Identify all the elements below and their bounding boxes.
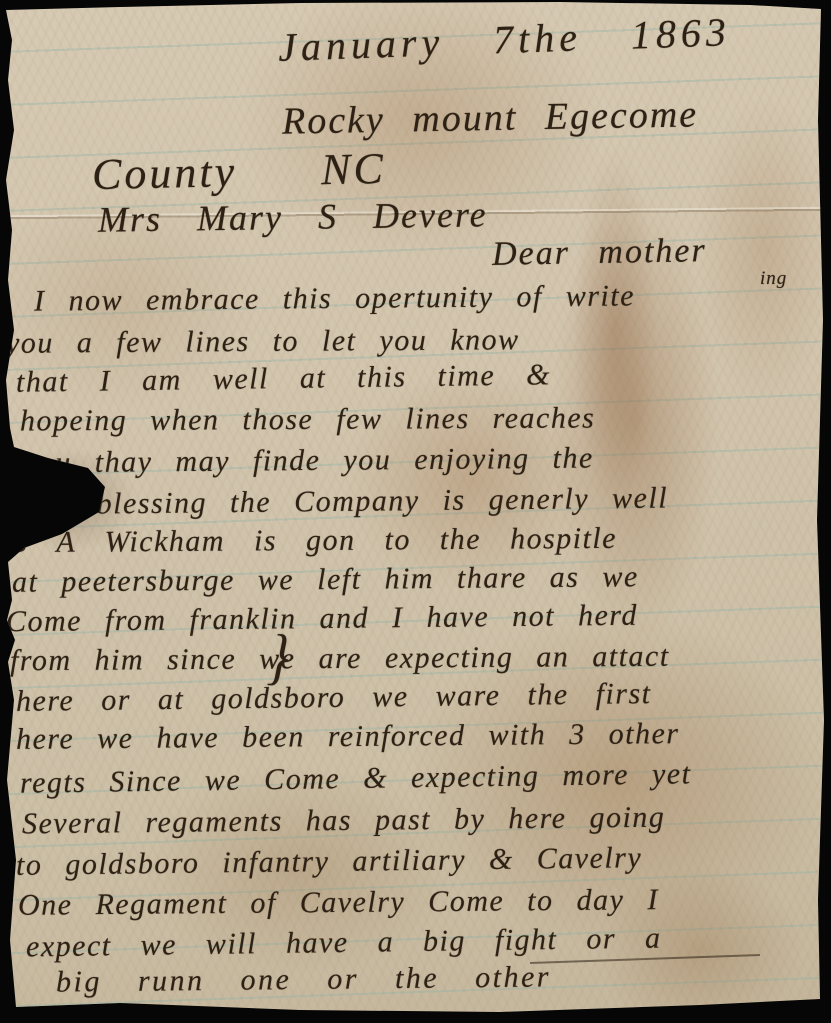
body-line: that I am well at this time & (16, 358, 551, 399)
superscript-insertion: ing (760, 268, 787, 290)
body-line: hopeing when those few lines reaches (20, 401, 595, 438)
heading-place-county: County NC (91, 143, 386, 200)
body-line: from him since we are expecting an attac… (10, 640, 670, 679)
letter-paper: January 7the 1863 Rocky mount Egecome Co… (0, 0, 831, 1023)
body-line: big runn one or the other (56, 960, 551, 999)
body-line: here or at goldsboro we ware the first (16, 677, 652, 719)
body-line: same blessing the Company is generly wel… (6, 482, 668, 523)
body-line: regts Since we Come & expecting more yet (20, 757, 692, 800)
body-line: to goldsboro infantry artiliary & Cavelr… (16, 841, 643, 883)
body-line: Come from franklin and I have not herd (6, 599, 638, 640)
body-line: Several regaments has past by here going (22, 801, 666, 842)
heading-date: January 7the 1863 (277, 8, 731, 71)
addressee-name: Mrs Mary S Devere (98, 193, 488, 240)
body-line: B A Wickham is gon to the hospitle (8, 522, 617, 560)
body-line: One Regament of Cavelry Come to day I (18, 883, 659, 923)
body-line: you thay may finde you enjoying the (24, 442, 594, 481)
salutation: Dear mother (492, 232, 707, 274)
scanner-background: January 7the 1863 Rocky mount Egecome Co… (0, 0, 831, 1023)
body-line: I now embrace this opertunity of write (34, 279, 635, 318)
body-line: at peetersburge we left him thare as we (12, 560, 639, 599)
body-line: expect we will have a big fight or a (26, 922, 662, 965)
body-line: here we have been reinforced with 3 othe… (16, 717, 680, 757)
body-line: you a few lines to let you know (6, 323, 520, 361)
heading-place-town: Rocky mount Egecome (282, 92, 699, 143)
